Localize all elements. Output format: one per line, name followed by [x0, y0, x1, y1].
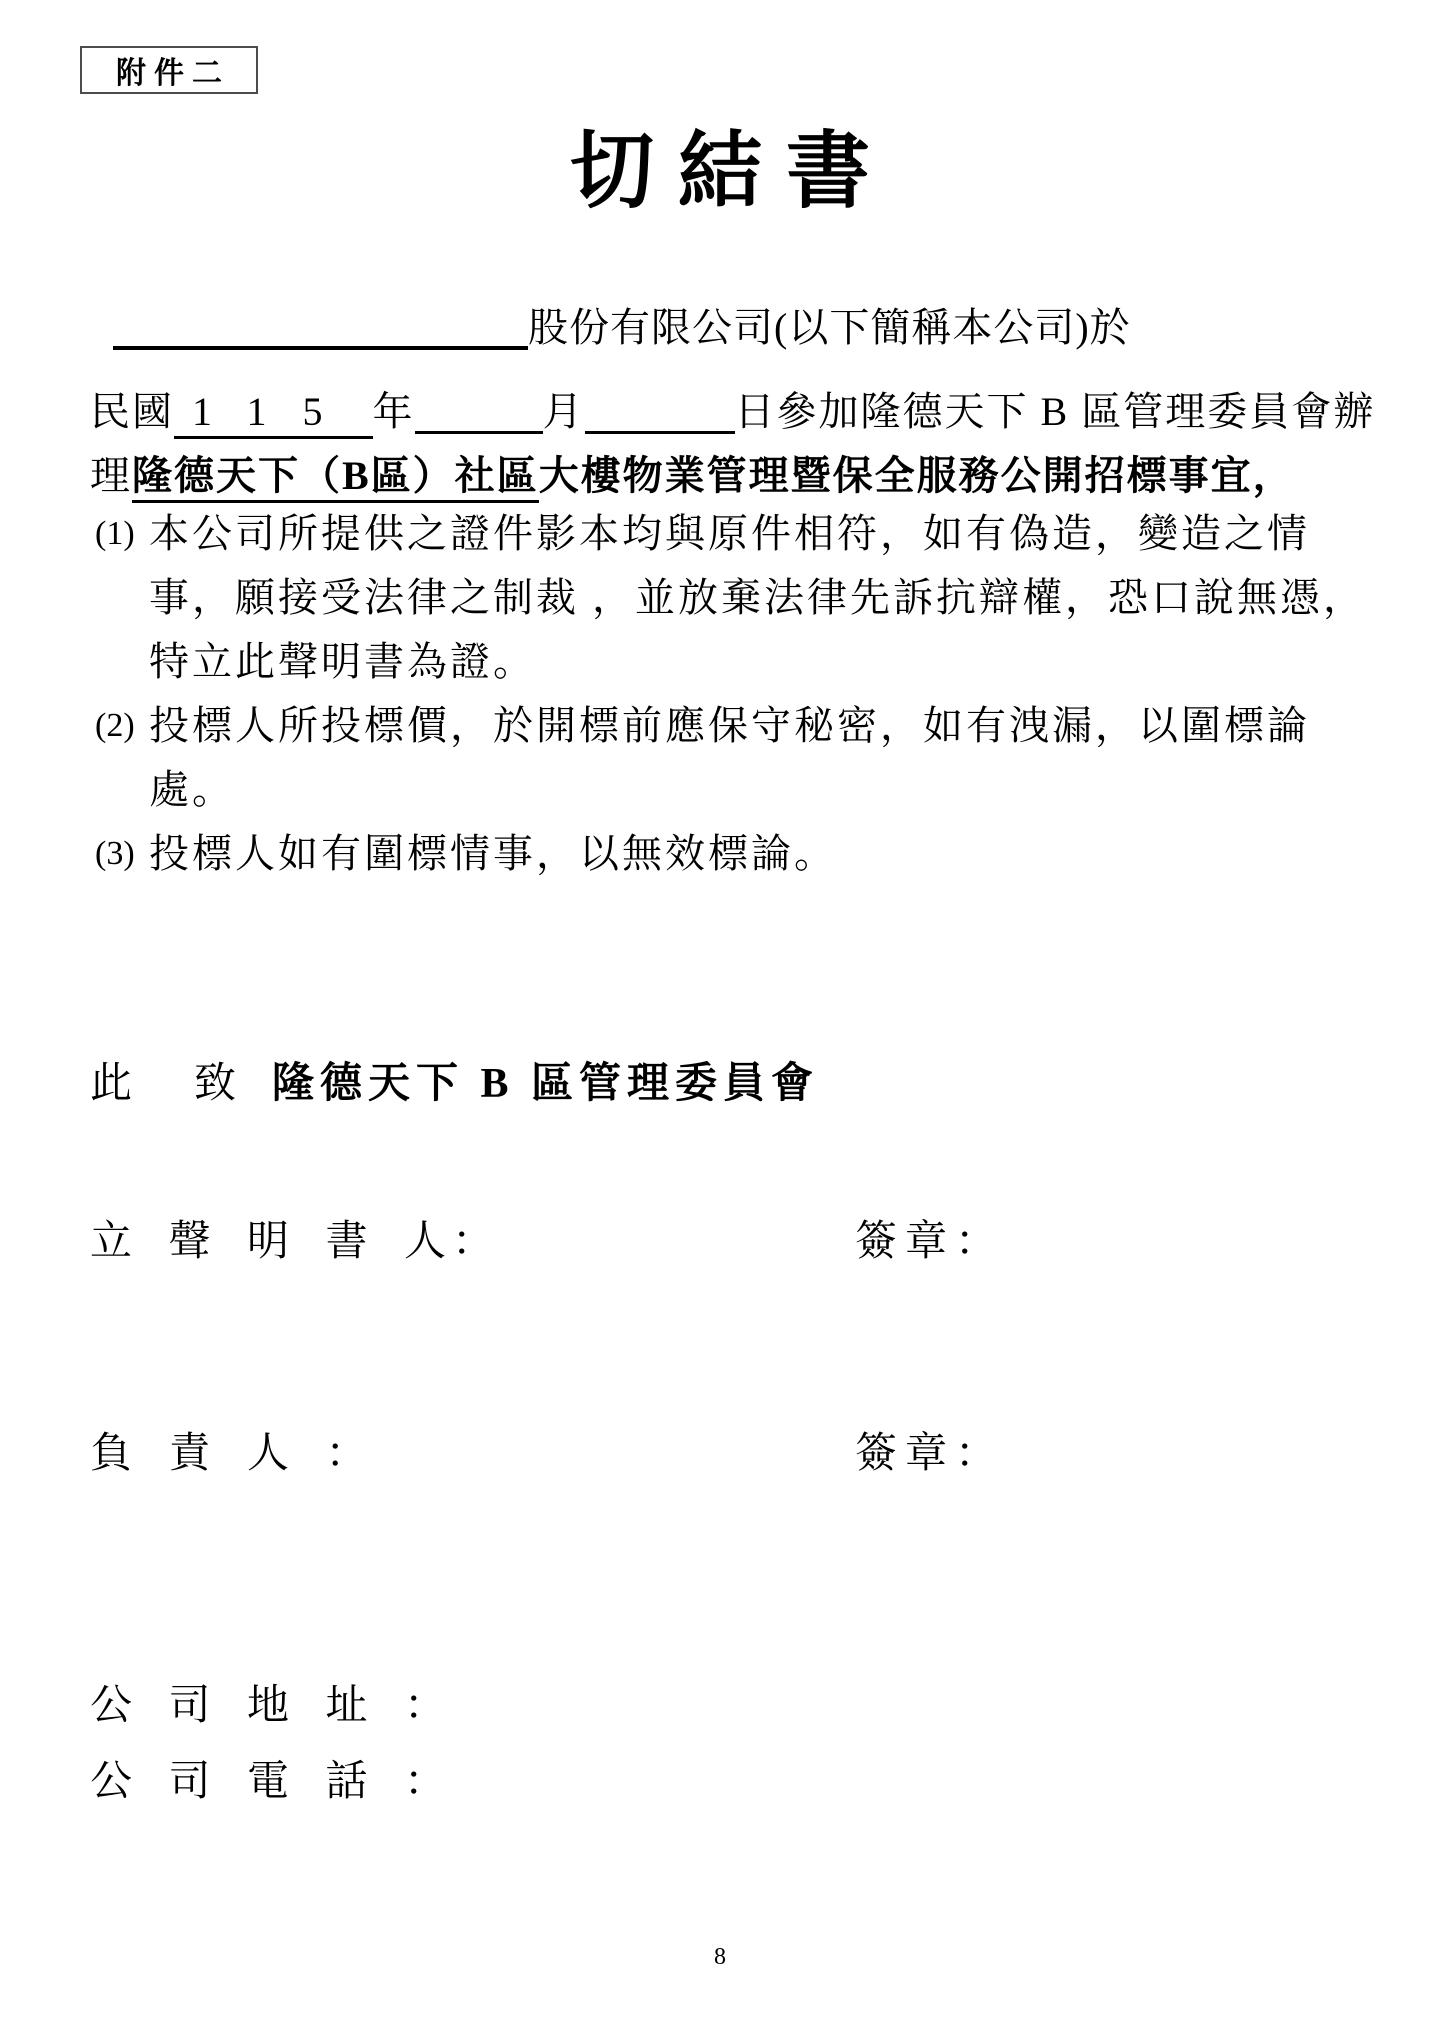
clause-text: 投標人如有圍標情事，以無效標論。 [149, 822, 1367, 886]
year-value: 115 [174, 389, 373, 439]
company-address-label: 公 司 地 址 ： [90, 1672, 452, 1732]
salute-prefix: 此 致 [90, 1061, 246, 1107]
principal-label: 負 責 人 ： [90, 1420, 374, 1480]
year-unit: 年 [373, 389, 415, 434]
affidavit-document-page: 附件二 切結書 股份有限公司(以下簡稱本公司)於 民國115年月日參加隆德天下 … [0, 0, 1440, 2038]
clause-text: 本公司所提供之證件影本均與原件相符，如有偽造，變造之情事，願接受法律之制裁 ，並… [149, 502, 1367, 694]
clause-number: (3) [95, 822, 149, 886]
company-name-blank [113, 310, 528, 350]
company-phone-label: 公 司 電 話 ： [90, 1748, 452, 1808]
clause-number: (2) [95, 694, 149, 758]
day-blank [585, 394, 735, 434]
clause-item-1: (1) 本公司所提供之證件影本均與原件相符，如有偽造，變造之情事，願接受法律之制… [95, 502, 1367, 694]
company-line: 股份有限公司(以下簡稱本公司)於 [113, 296, 1131, 353]
date-line: 民國115年月日參加隆德天下 B 區管理委員會辦 [90, 380, 1375, 437]
clause-list: (1) 本公司所提供之證件影本均與原件相符，如有偽造，變造之情事，願接受法律之制… [95, 502, 1367, 886]
clause-item-2: (2) 投標人所投標價，於開標前應保守秘密，如有洩漏，以圍標論處。 [95, 694, 1367, 822]
month-unit: 月 [543, 389, 585, 434]
clause-item-3: (3) 投標人如有圍標情事，以無效標論。 [95, 822, 1367, 886]
subject-line: 理隆德天下（B區）社區大樓物業管理暨保全服務公開招標事宜， [90, 444, 1295, 501]
month-blank [415, 394, 543, 434]
salute-line: 此 致隆德天下 B 區管理委員會 [90, 1050, 819, 1110]
attachment-label: 附件二 [116, 48, 230, 92]
principal-seal-label: 簽章： [855, 1420, 1005, 1480]
declarant-label: 立 聲 明 書 人： [90, 1208, 500, 1268]
declarant-seal-label: 簽章： [855, 1208, 1005, 1268]
day-and-body-text: 日參加隆德天下 B 區管理委員會辦 [735, 389, 1376, 434]
subject-tender-text: 大樓物業管理暨保全服務公開招標事宜， [539, 453, 1295, 498]
company-line-text: 股份有限公司(以下簡稱本公司)於 [528, 305, 1131, 350]
era-prefix: 民國 [90, 389, 174, 434]
subject-lead: 理 [90, 453, 132, 498]
salute-target-committee: 隆德天下 B 區管理委員會 [272, 1061, 819, 1107]
attachment-label-box: 附件二 [80, 46, 258, 94]
clause-number: (1) [95, 502, 149, 566]
page-number: 8 [0, 1944, 1440, 1971]
subject-community-name: 隆德天下（B區）社區 [132, 453, 539, 503]
document-title: 切結書 [0, 104, 1440, 225]
clause-text: 投標人所投標價，於開標前應保守秘密，如有洩漏，以圍標論處。 [149, 694, 1367, 822]
